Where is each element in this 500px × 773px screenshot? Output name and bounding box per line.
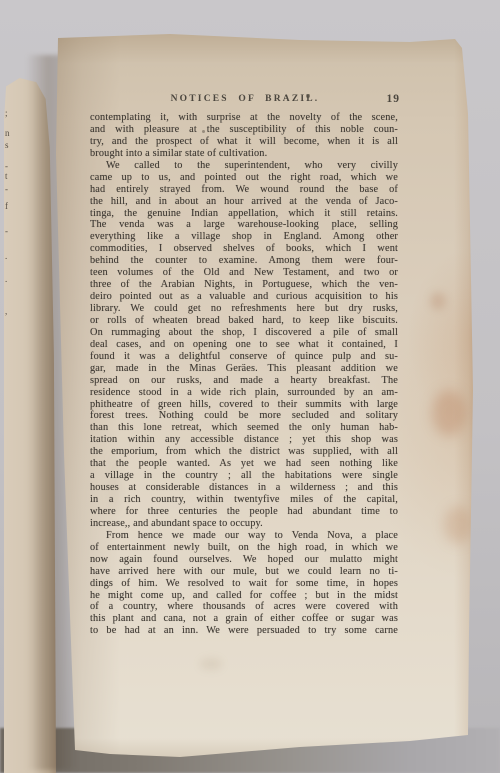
text-line: this plant and cana, not a grain of eith… — [90, 613, 398, 625]
page-number: 19 — [387, 93, 401, 105]
text-line: of a country, where thousands of acres w… — [90, 601, 398, 613]
text-line: or rolls of wheaten bread baked hard, to… — [90, 315, 398, 327]
text-line: teen volumes of the Old and New Testamen… — [90, 267, 398, 279]
text-line: dings of him. We resolved to wait for so… — [90, 578, 398, 590]
text-line: try, and the prospect of what it will be… — [90, 136, 398, 148]
header-title: NOTICES OF BRAZIL. — [90, 94, 400, 104]
text-line: contemplating it, with surprise at the n… — [90, 112, 398, 124]
text-line: gar, made in the Minas Geräes. This plea… — [90, 363, 398, 375]
text-line: brought into a similar state of cultivat… — [90, 148, 398, 160]
facing-page-character: . — [5, 251, 7, 261]
text-line: The venda was a large warehouse-looking … — [90, 219, 398, 231]
facing-page-character: n — [5, 128, 10, 138]
text-line: the emporium, from which the district wa… — [90, 446, 398, 458]
text-line: and with pleasure at the susceptibility … — [90, 124, 398, 136]
stain — [430, 292, 446, 310]
stain — [432, 390, 466, 436]
text-line: houses at considerable distances in a wi… — [90, 482, 398, 494]
facing-page-character: - — [5, 161, 8, 171]
text-line: deiro pointed out as a valuable and curi… — [90, 291, 398, 303]
text-line: had entirely strayed from. We wound roun… — [90, 184, 398, 196]
text-line: deal cases, and on opening one to see wh… — [90, 339, 398, 351]
text-line: forest trees. Nothing could be more secl… — [90, 410, 398, 422]
text-line: library. We could get no refreshments he… — [90, 303, 398, 315]
text-line: to be had at an inn. We were persuaded t… — [90, 625, 398, 637]
book-page: NOTICES OF BRAZIL. 19 contemplating it, … — [50, 34, 478, 758]
text-line: behind the counter to examine. Among the… — [90, 255, 398, 267]
text-line: of entertainment newly built, on the hig… — [90, 542, 398, 554]
text-line: the hill, and in about an hour arrived a… — [90, 196, 398, 208]
text-line: phitheatre of green hills, covered to th… — [90, 399, 398, 411]
text-line: he might come up, and called for coffee … — [90, 590, 398, 602]
facing-page-character: s — [5, 140, 9, 150]
text-line: that the people wanted. As yet we had se… — [90, 458, 398, 470]
text-line: in a rich country, within twentyfive mil… — [90, 494, 398, 506]
text-line: came up to us, and pointed out the right… — [90, 172, 398, 184]
text-line: a village in the country ; all the habit… — [90, 470, 398, 482]
paragraph: We called to the superintendent, who ver… — [90, 160, 398, 530]
book-photo: ;ns-t-f-.., NOTICES OF BRAZIL. 19 contem… — [0, 0, 500, 773]
text-line: have arrived here with our mule, but we … — [90, 566, 398, 578]
paragraph: From hence we made our way to Venda Nova… — [90, 530, 398, 637]
facing-page-character: f — [5, 201, 8, 211]
text-line: We called to the superintendent, who ver… — [90, 160, 398, 172]
facing-page-character: - — [5, 226, 8, 236]
stain — [444, 506, 472, 544]
facing-page-character: - — [5, 184, 8, 194]
text-line: where for three centuries the people had… — [90, 506, 398, 518]
text-line: three of the Arabian Nights, in Portugue… — [90, 279, 398, 291]
text-line: now again found ourselves. We hoped our … — [90, 554, 398, 566]
text-line: spread on our rusks, and made a hearty b… — [90, 375, 398, 387]
text-line: increase,, and abundant space to occupy. — [90, 518, 398, 530]
text-line: residence stood in a wide rich plain, su… — [90, 387, 398, 399]
text-line: From hence we made our way to Venda Nova… — [90, 530, 398, 542]
text-block: contemplating it, with surprise at the n… — [90, 112, 398, 637]
text-line: than this lone retreat, which seemed the… — [90, 422, 398, 434]
text-line: tinga, the genuine Indian appellation, w… — [90, 208, 398, 220]
running-header: NOTICES OF BRAZIL. 19 — [90, 94, 400, 110]
text-line: itation within any accessible distance ;… — [90, 434, 398, 446]
facing-page-text-fragments: ;ns-t-f-.., — [0, 0, 16, 400]
facing-page-character: , — [5, 306, 7, 316]
facing-page-character: . — [5, 274, 7, 284]
facing-page-character: t — [5, 171, 8, 181]
text-line: found it was a delightful conserve of qu… — [90, 351, 398, 363]
text-line: commodities, I observed shelves of books… — [90, 243, 398, 255]
text-line: On rummaging about the shop, I discovere… — [90, 327, 398, 339]
facing-page-character: ; — [5, 108, 8, 118]
stain — [200, 658, 222, 670]
text-line: everything like a village shop in Englan… — [90, 231, 398, 243]
paragraph: contemplating it, with surprise at the n… — [90, 112, 398, 160]
